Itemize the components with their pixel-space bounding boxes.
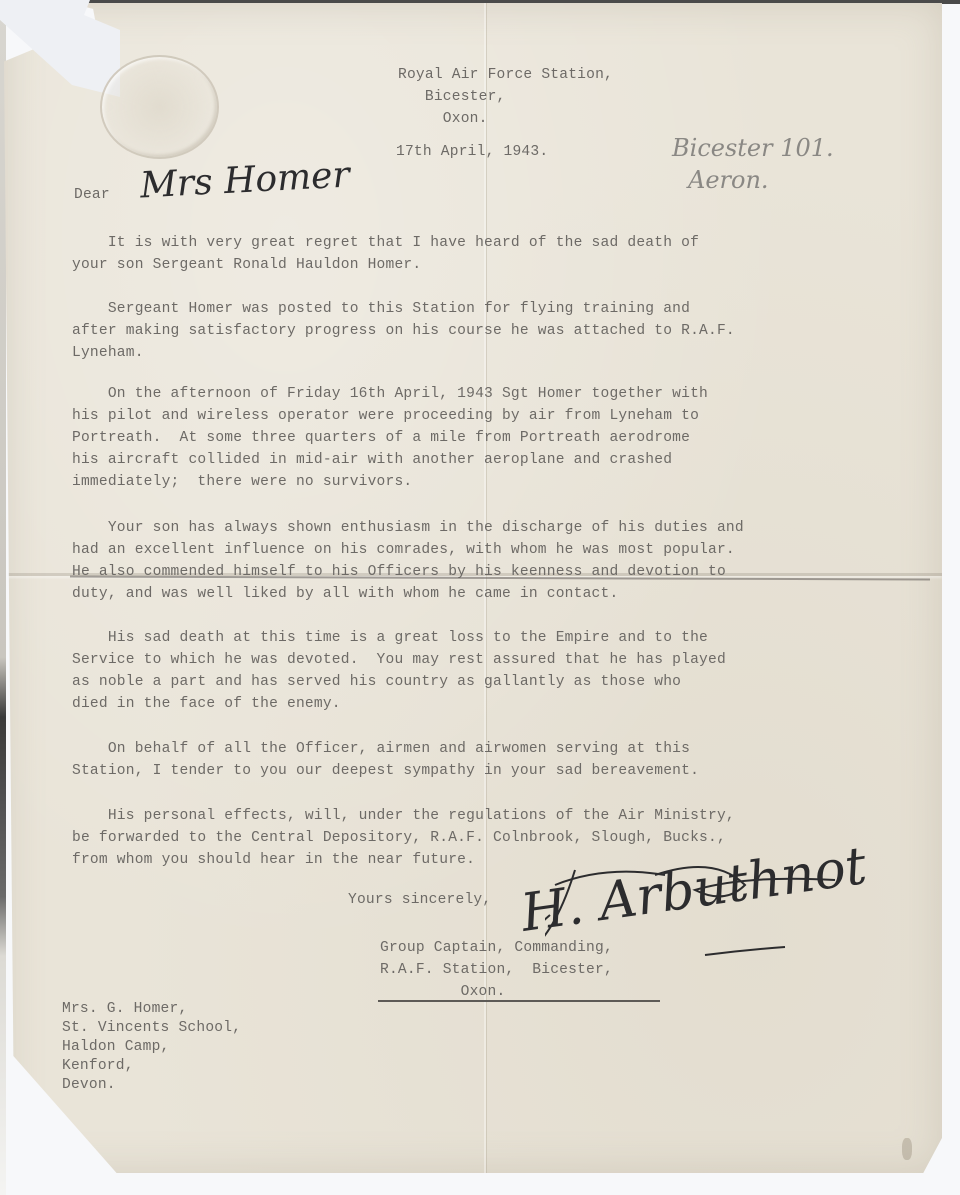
scan-border-left xyxy=(0,0,6,1195)
recipient-address-line: Mrs. G. Homer, xyxy=(62,1000,241,1019)
signatory-title-line: Group Captain, Commanding, xyxy=(380,937,613,959)
pencil-annotation-line: Aeron. xyxy=(688,164,834,196)
letter-date: 17th April, 1943. xyxy=(396,141,548,163)
closing: Yours sincerely, xyxy=(348,889,491,911)
paragraph-4: Your son has always shown enthusiasm in … xyxy=(72,517,744,605)
recipient-address-line: St. Vincents School, xyxy=(62,1019,241,1038)
paragraph-3: On the afternoon of Friday 16th April, 1… xyxy=(72,383,708,493)
pencil-annotation: Bicester 101.Aeron. xyxy=(672,132,834,196)
letterhead-line: Oxon. xyxy=(398,108,613,130)
paper-stain xyxy=(902,1138,912,1160)
paragraph-1: It is with very great regret that I have… xyxy=(72,232,699,276)
letterhead-line: Royal Air Force Station, xyxy=(398,64,613,86)
paragraph-5: His sad death at this time is a great lo… xyxy=(72,627,726,715)
signatory-title-line: R.A.F. Station, Bicester, xyxy=(380,959,613,981)
pencil-annotation-line: Bicester 101. xyxy=(672,132,834,164)
recipient-address-line: Kenford, xyxy=(62,1057,241,1076)
paragraph-6: On behalf of all the Officer, airmen and… xyxy=(72,738,699,782)
signature-rule xyxy=(378,1000,660,1002)
recipient-address-line: Devon. xyxy=(62,1076,241,1095)
paragraph-2: Sergeant Homer was posted to this Statio… xyxy=(72,298,735,364)
letterhead-address: Royal Air Force Station, Bicester, Oxon. xyxy=(398,64,613,130)
salutation: Dear xyxy=(74,184,110,206)
recipient-address: Mrs. G. Homer,St. Vincents School,Haldon… xyxy=(62,1000,241,1095)
recipient-address-line: Haldon Camp, xyxy=(62,1038,241,1057)
signatory-title: Group Captain, Commanding,R.A.F. Station… xyxy=(380,937,613,1003)
embossed-seal-icon xyxy=(100,55,219,159)
letterhead-line: Bicester, xyxy=(398,86,613,108)
